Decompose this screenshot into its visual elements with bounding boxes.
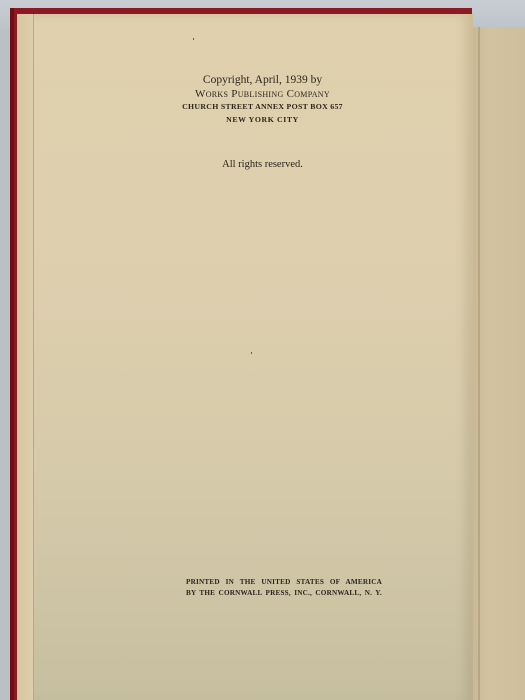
paper-speck [193, 38, 194, 40]
book-cover-edge [10, 8, 14, 700]
copyright-line: Copyright, April, 1939 by [0, 73, 525, 87]
printer-line-1: Printed in the United States of America [186, 578, 382, 586]
publisher-name: Works Publishing Company [0, 88, 525, 100]
printer-line-2: by the Cornwall Press, Inc., Cornwall, N… [186, 589, 382, 597]
rights-notice: All rights reserved. [0, 159, 525, 170]
paper-speck [251, 352, 252, 354]
publisher-city: New York City [0, 115, 525, 124]
facing-page [468, 27, 525, 700]
publisher-address: Church Street Annex Post Box 657 [0, 102, 525, 111]
facing-page-fold [478, 27, 480, 700]
